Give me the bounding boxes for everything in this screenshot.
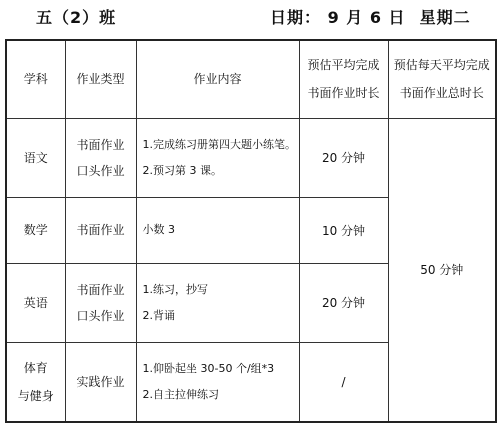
content-line: 1.练习，抄写 xyxy=(143,277,299,303)
subject-label: 与健身 xyxy=(7,382,65,410)
type-label: 实践作业 xyxy=(66,369,136,395)
type-label: 书面作业 xyxy=(66,277,136,303)
col-label: 预估每天平均完成 xyxy=(389,51,496,79)
content-line: 1.仰卧起坐 30-50 个/组*3 xyxy=(143,356,299,382)
subject-label: 体育 xyxy=(7,354,65,382)
subject-label: 英语 xyxy=(7,289,65,317)
type-cell: 实践作业 xyxy=(65,342,136,422)
header-row: 学科 作业类型 作业内容 预估平均完成书面作业时长 预估每天平均完成书面作业总时… xyxy=(6,40,496,118)
content-line: 2.自主拉伸练习 xyxy=(143,382,299,408)
type-label: 书面作业 xyxy=(66,132,136,158)
content-cell: 小数 3 xyxy=(136,197,299,263)
type-label: 口头作业 xyxy=(66,158,136,184)
col-type: 作业类型 xyxy=(65,40,136,118)
col-label: 预估平均完成 xyxy=(300,51,388,79)
type-cell: 书面作业口头作业 xyxy=(65,263,136,342)
table-row: 语文 书面作业口头作业 1.完成练习册第四大题小练笔。2.预习第 3 课。 20… xyxy=(6,118,496,197)
total-time-cell: 50 分钟 xyxy=(388,118,496,422)
content-line: 2.预习第 3 课。 xyxy=(143,158,299,184)
col-label: 书面作业总时长 xyxy=(389,79,496,107)
type-cell: 书面作业口头作业 xyxy=(65,118,136,197)
time-cell: 20 分钟 xyxy=(299,118,388,197)
col-label: 学科 xyxy=(7,65,65,93)
class-name: 五（2）班 xyxy=(36,5,116,28)
subject-cell: 数学 xyxy=(6,197,65,263)
weekday: 星期二 xyxy=(420,8,471,27)
content-line: 1.完成练习册第四大题小练笔。 xyxy=(143,132,299,158)
content-cell: 1.完成练习册第四大题小练笔。2.预习第 3 课。 xyxy=(136,118,299,197)
subject-cell: 英语 xyxy=(6,263,65,342)
type-label: 书面作业 xyxy=(66,217,136,243)
col-total-time: 预估每天平均完成书面作业总时长 xyxy=(388,40,496,118)
col-subject: 学科 xyxy=(6,40,65,118)
subject-label: 语文 xyxy=(7,144,65,172)
subject-cell: 体育与健身 xyxy=(6,342,65,422)
time-cell: 20 分钟 xyxy=(299,263,388,342)
date-label: 日期： 9 月 6 日 xyxy=(270,8,406,27)
date-line: 日期： 9 月 6 日星期二 xyxy=(270,5,471,28)
time-cell: 10 分钟 xyxy=(299,197,388,263)
content-cell: 1.仰卧起坐 30-50 个/组*32.自主拉伸练习 xyxy=(136,342,299,422)
content-line: 小数 3 xyxy=(143,217,299,243)
col-est-time: 预估平均完成书面作业时长 xyxy=(299,40,388,118)
col-label: 作业内容 xyxy=(137,65,299,93)
content-line: 2.背诵 xyxy=(143,303,299,329)
type-cell: 书面作业 xyxy=(65,197,136,263)
col-label: 作业类型 xyxy=(66,65,136,93)
subject-label: 数学 xyxy=(7,216,65,244)
homework-table: 学科 作业类型 作业内容 预估平均完成书面作业时长 预估每天平均完成书面作业总时… xyxy=(5,39,497,423)
col-label: 书面作业时长 xyxy=(300,79,388,107)
time-cell: / xyxy=(299,342,388,422)
content-cell: 1.练习，抄写2.背诵 xyxy=(136,263,299,342)
subject-cell: 语文 xyxy=(6,118,65,197)
type-label: 口头作业 xyxy=(66,303,136,329)
col-content: 作业内容 xyxy=(136,40,299,118)
